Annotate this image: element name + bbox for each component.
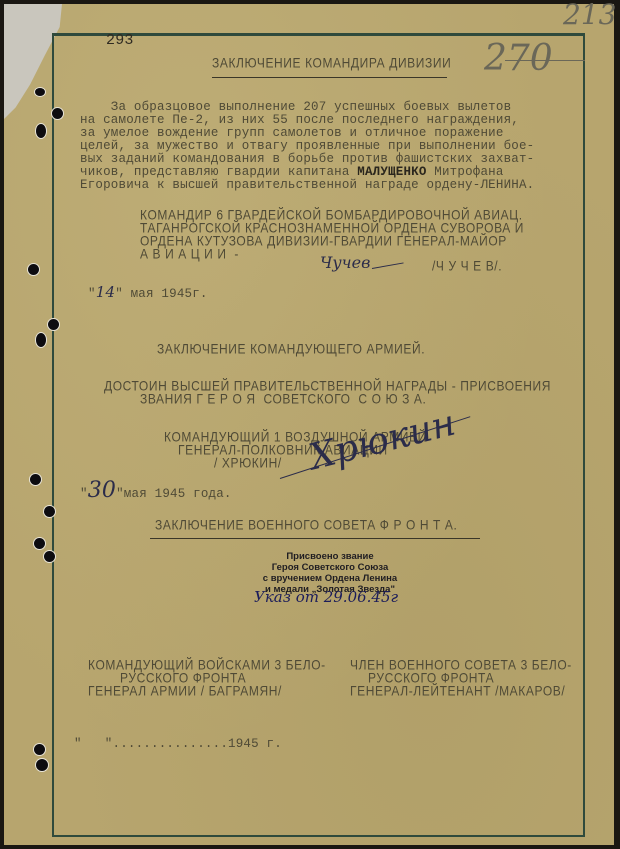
handwritten-number: 270 [484,38,553,79]
division-commander-signature: Чучев [320,253,370,272]
body-line: Егоровича к высшей правительственной наг… [80,179,534,192]
right-signer-line: ГЕНЕРАЛ-ЛЕЙТЕНАНТ /МАКАРОВ/ [350,684,565,699]
binder-hole [36,759,48,771]
body-text: чиков, представляю гвардии капитана [80,165,357,179]
binder-hole [30,474,41,485]
binder-hole [36,333,46,347]
division-commander-name: /Ч У Ч Е В/. [432,259,502,274]
handwritten-day: 14 [96,283,116,301]
binder-hole [48,319,59,330]
nominee-surname: МАЛУЩЕНКО [357,165,426,179]
nominee-given-name: Митрофана [427,165,504,179]
army-heading: ЗАКЛЮЧЕНИЕ КОМАНДУЮЩЕГО АРМИЕЙ. [157,342,425,357]
left-signer-line: ГЕНЕРАЛ АРМИИ / БАГРАМЯН/ [88,684,282,699]
decree-note: Указ от 29.06.45г [254,588,398,606]
front-heading: ЗАКЛЮЧЕНИЕ ВОЕННОГО СОВЕТА Ф Р О Н Т А. [155,518,457,533]
binder-hole [36,124,46,138]
army-verdict-line: ЗВАНИЯ Г Е Р О Я СОВЕТСКОГО С О Ю З А. [140,392,426,407]
binder-hole [35,88,45,96]
typed-page-number: 293 [106,34,134,47]
archive-sheet-number: 213 [563,0,616,31]
division-heading: ЗАКЛЮЧЕНИЕ КОМАНДИРА ДИВИЗИИ [212,56,451,71]
binder-hole [28,264,39,275]
heading-underline [150,538,480,539]
binder-hole [44,506,55,517]
front-date-line: " "...............1945 г. [74,738,282,751]
army-date: "30"мая 1945 года. [80,484,232,501]
handwritten-day: 30 [88,478,116,503]
binder-hole [34,744,45,755]
binder-hole [52,108,63,119]
binder-hole [44,551,55,562]
division-date: "14" мая 1945г. [88,286,208,301]
heading-underline [212,77,447,78]
strike-line [505,60,585,61]
army-commander-line: / ХРЮКИН/ [214,456,282,471]
commander-title-line: А В И А Ц И И - [140,247,239,262]
binder-hole [34,538,45,549]
